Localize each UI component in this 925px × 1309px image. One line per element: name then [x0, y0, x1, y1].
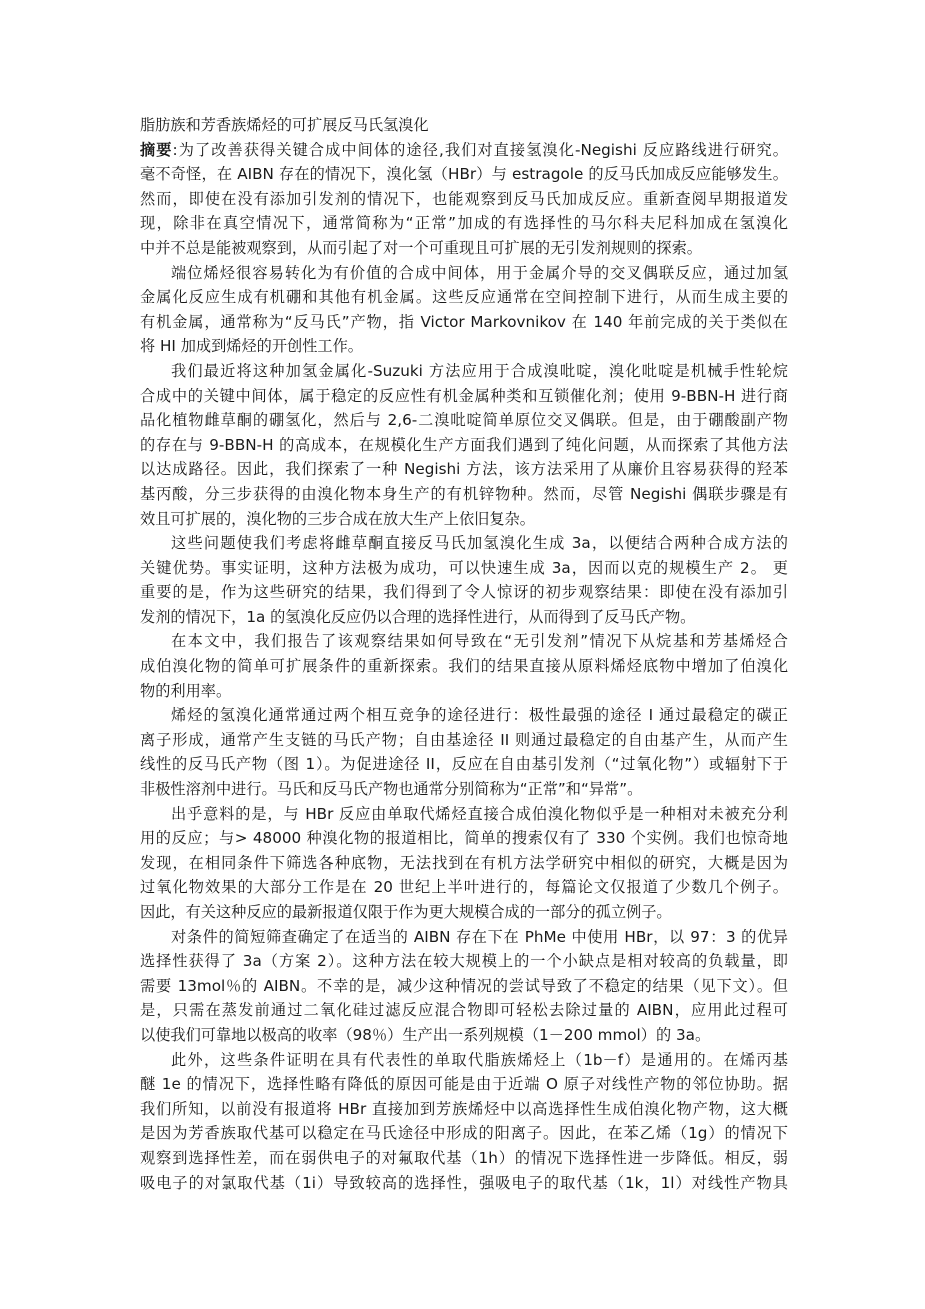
paragraph-line: 端位烯烃很容易转化为有价值的合成中间体，用于金属介导的交叉偶联反应，通过加氢	[140, 261, 788, 286]
paragraph-line: 选择性获得了 3a（方案 2）。这种方法在较大规模上的一个小缺点是相对较高的负载…	[140, 949, 788, 974]
paragraph-line: 用的反应；与> 48000 种溴化物的报道相比，简单的搜索仅有了 330 个实例…	[140, 826, 788, 851]
paragraph-line: 此外，这些条件证明在具有代表性的单取代脂族烯烃上（1b－f）是通用的。在烯丙基	[140, 1048, 788, 1073]
paragraph-7: 对条件的简短筛查确定了在适当的 AIBN 存在下在 PhMe 中使用 HBr，以…	[140, 925, 788, 1048]
paragraph-line: 成伯溴化物的简单可扩展条件的重新探索。我们的结果直接从原料烯烃底物中增加了伯溴化	[140, 654, 788, 679]
abstract-line: 然而，即使在没有添加引发剂的情况下，也能观察到反马氏加成反应。重新查阅早期报道发	[140, 187, 788, 212]
document-page: 脂肪族和芳香族烯烃的可扩展反马氏氢溴化 摘要:为了改善获得关键合成中间体的途径,…	[140, 113, 788, 1195]
paragraph-line: 离子形成，通常产生支链的马氏产物；自由基途径 II 则通过最稳定的自由基产生，从…	[140, 728, 788, 753]
paragraph-line: 品化植物雌草酮的硼氢化，然后与 2,6-二溴吡啶简单原位交叉偶联。但是，由于硼酸…	[140, 408, 788, 433]
paragraph-4: 在本文中，我们报告了该观察结果如何导致在“无引发剂”情况下从烷基和芳基烯烃合 成…	[140, 629, 788, 703]
paragraph-3: 这些问题使我们考虑将雌草酮直接反马氏加氢溴化生成 3a，以便结合两种合成方法的 …	[140, 531, 788, 629]
paragraph-line: 发剂的情况下，1a 的氢溴化反应仍以合理的选择性进行，从而得到了反马氏产物。	[140, 605, 788, 630]
paragraph-line: 观察到选择性差，而在弱供电子的对氟取代基（1h）的情况下选择性进一步降低。相反，…	[140, 1146, 788, 1171]
paragraph-6: 出乎意料的是，与 HBr 反应由单取代烯烃直接合成伯溴化物似乎是一种相对未被充分…	[140, 802, 788, 925]
paragraph-line: 是，只需在蒸发前通过二氧化硅过滤反应混合物即可轻松去除过量的 AIBN，应用此过…	[140, 998, 788, 1023]
paragraph-line: 烯烃的氢溴化通常通过两个相互竞争的途径进行：极性最强的途径 I 通过最稳定的碳正	[140, 703, 788, 728]
paragraph-line: 是因为芳香族取代基可以稳定在马氏途径中形成的阳离子。因此，在苯乙烯（1g）的情况…	[140, 1121, 788, 1146]
paragraph-line: 关键优势。事实证明，这种方法极为成功，可以快速生成 3a，因而以克的规模生产 2…	[140, 556, 788, 581]
document-title: 脂肪族和芳香族烯烃的可扩展反马氏氢溴化	[140, 113, 788, 138]
paragraph-line: 过氧化物效果的大部分工作是在 20 世纪上半叶进行的，每篇论文仅报道了少数几个例…	[140, 875, 788, 900]
paragraph-line: 有机金属，通常称为“反马氏”产物，指 Victor Markovnikov 在 …	[140, 310, 788, 335]
paragraph-line: 金属化反应生成有机硼和其他有机金属。这些反应通常在空间控制下进行，从而生成主要的	[140, 285, 788, 310]
paragraph-line: 重要的是，作为这些研究的结果，我们得到了令人惊讶的初步观察结果：即使在没有添加引	[140, 580, 788, 605]
paragraph-line: 线性的反马氏产物（图 1）。为促进途径 II，反应在自由基引发剂（“过氧化物”）…	[140, 752, 788, 777]
paragraph-line: 效且可扩展的，溴化物的三步合成在放大生产上依旧复杂。	[140, 507, 788, 532]
abstract-line: :为了改善获得关键合成中间体的途径,我们对直接氢溴化-Negishi 反应路线进…	[173, 141, 788, 159]
paragraph-line: 吸电子的对氯取代基（1i）导致较高的选择性，强吸电子的取代基（1k，1l）对线性…	[140, 1171, 788, 1196]
paragraph-line: 的存在与 9-BBN-H 的高成本，在规模化生产方面我们遇到了纯化问题，从而探索…	[140, 433, 788, 458]
paragraph-line: 我们最近将这种加氢金属化-Suzuki 方法应用于合成溴吡啶，溴化吡啶是机械手性…	[140, 359, 788, 384]
abstract-line: 毫不奇怪，在 AIBN 存在的情况下，溴化氢（HBr）与 estragole 的…	[140, 162, 788, 187]
paragraph-5: 烯烃的氢溴化通常通过两个相互竞争的途径进行：极性最强的途径 I 通过最稳定的碳正…	[140, 703, 788, 801]
paragraph-line: 在本文中，我们报告了该观察结果如何导致在“无引发剂”情况下从烷基和芳基烯烃合	[140, 629, 788, 654]
abstract: 摘要:为了改善获得关键合成中间体的途径,我们对直接氢溴化-Negishi 反应路…	[140, 138, 788, 261]
paragraph-line: 基丙酸，分三步获得的由溴化物本身生产的有机锌物种。然而，尽管 Negishi 偶…	[140, 482, 788, 507]
paragraph-line: 对条件的简短筛查确定了在适当的 AIBN 存在下在 PhMe 中使用 HBr，以…	[140, 925, 788, 950]
paragraph-line: 我们所知，以前没有报道将 HBr 直接加到芳族烯烃中以高选择性生成伯溴化物产物，…	[140, 1097, 788, 1122]
paragraph-8: 此外，这些条件证明在具有代表性的单取代脂族烯烃上（1b－f）是通用的。在烯丙基 …	[140, 1048, 788, 1196]
paragraph-line: 醚 1e 的情况下，选择性略有降低的原因可能是由于近端 O 原子对线性产物的邻位…	[140, 1072, 788, 1097]
paragraph-line: 以达成路径。因此，我们探索了一种 Negishi 方法，该方法采用了从廉价且容易…	[140, 457, 788, 482]
abstract-line: 现，除非在真空情况下，通常简称为“正常”加成的有选择性的马尔科夫尼科加成在氢溴化	[140, 211, 788, 236]
paragraph-line: 将 HI 加成到烯烃的开创性工作。	[140, 334, 788, 359]
paragraph-line: 以使我们可靠地以极高的收率（98％）生产出一系列规模（1－200 mmol）的 …	[140, 1023, 788, 1048]
paragraph-line: 需要 13mol％的 AIBN。不幸的是，减少这种情况的尝试导致了不稳定的结果（…	[140, 974, 788, 999]
paragraph-line: 这些问题使我们考虑将雌草酮直接反马氏加氢溴化生成 3a，以便结合两种合成方法的	[140, 531, 788, 556]
paragraph-line: 物的利用率。	[140, 679, 788, 704]
paragraph-line: 出乎意料的是，与 HBr 反应由单取代烯烃直接合成伯溴化物似乎是一种相对未被充分…	[140, 802, 788, 827]
paragraph-line: 非极性溶剂中进行。马氏和反马氏产物也通常分别简称为“正常”和“异常”。	[140, 777, 788, 802]
paragraph-2: 我们最近将这种加氢金属化-Suzuki 方法应用于合成溴吡啶，溴化吡啶是机械手性…	[140, 359, 788, 531]
abstract-label: 摘要	[140, 141, 173, 159]
paragraph-line: 合成中的关键中间体，属于稳定的反应性有机金属种类和互锁催化剂；使用 9-BBN-…	[140, 384, 788, 409]
paragraph-1: 端位烯烃很容易转化为有价值的合成中间体，用于金属介导的交叉偶联反应，通过加氢 金…	[140, 261, 788, 359]
paragraph-line: 因此，有关这种反应的最新报道仅限于作为更大规模合成的一部分的孤立例子。	[140, 900, 788, 925]
abstract-line: 中并不总是能被观察到，从而引起了对一个可重现且可扩展的无引发剂规则的探索。	[140, 236, 788, 261]
paragraph-line: 发现，在相同条件下筛选各种底物，无法找到在有机方法学研究中相似的研究，大概是因为	[140, 851, 788, 876]
